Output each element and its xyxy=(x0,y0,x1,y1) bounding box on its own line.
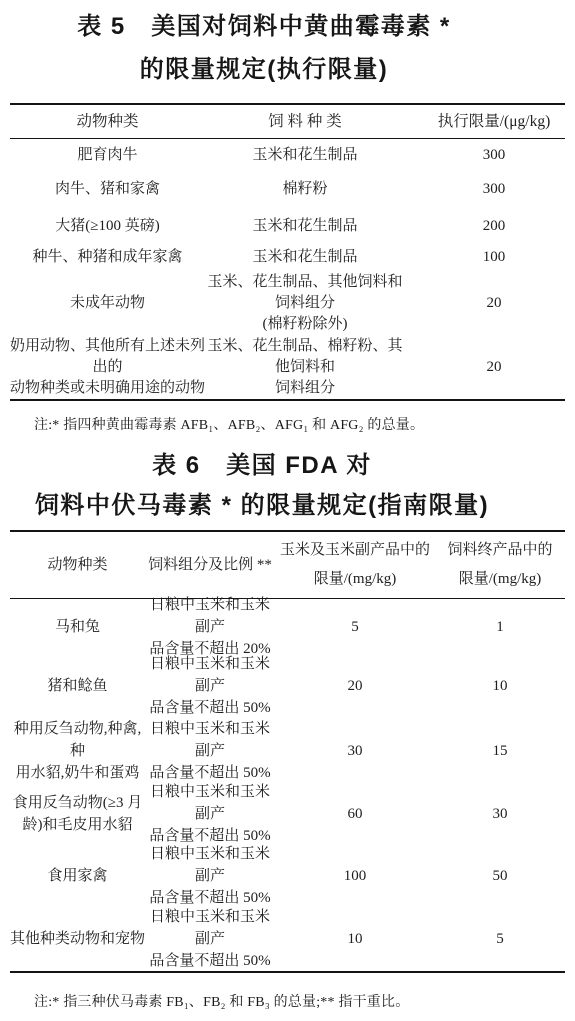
table6-row: 食用家禽 日粮中玉米和玉米副产 品含量不超出 50% 100 50 xyxy=(10,844,565,907)
t5-cell-animal: 种牛、种猪和成年家禽 xyxy=(10,247,205,268)
t6-cell-feed: 日粮中玉米和玉米副产 品含量不超出 50% xyxy=(145,906,275,972)
table5-title-line2: 的限量规定(执行限量) xyxy=(0,48,528,91)
table5-row: 未成年动物 玉米、花生制品、其他饲料和饲料组分 (棉籽粉除外) 20 xyxy=(10,271,565,335)
table6-row: 猪和鲶鱼 日粮中玉米和玉米副产 品含量不超出 50% 20 10 xyxy=(10,654,565,717)
t5-cell-animal: 奶用动物、其他所有上述未列出的 动物种类或未明确用途的动物 xyxy=(10,336,205,399)
t5-cell-limit: 300 xyxy=(405,145,565,166)
t6-cell-corn-limit: 100 xyxy=(275,865,435,887)
t6-header-corn-limit: 玉米及玉米副产品中的 限量/(mg/kg) xyxy=(275,536,435,594)
table5-title: 表 5 美国对饲料中黄曲霉毒素 * 的限量规定(执行限量) xyxy=(0,5,528,91)
t5-cell-feed: 玉米和花生制品 xyxy=(205,216,405,237)
t5-cell-feed: 玉米、花生制品、其他饲料和饲料组分 (棉籽粉除外) xyxy=(205,272,405,335)
t6-cell-corn-limit: 60 xyxy=(275,803,435,825)
t5-header-limit: 执行限量/(μg/kg) xyxy=(405,111,565,132)
t6-cell-corn-limit: 30 xyxy=(275,740,435,762)
t6-cell-corn-limit: 20 xyxy=(275,675,435,697)
t6-cell-feed: 日粮中玉米和玉米副产 品含量不超出 50% xyxy=(145,781,275,847)
t6-cell-feed: 日粮中玉米和玉米副产 品含量不超出 50% xyxy=(145,653,275,719)
t5-cell-feed: 棉籽粉 xyxy=(205,179,405,200)
t6-header-animal: 动物种类 xyxy=(10,551,145,580)
t5-header-feed: 饲 料 种 类 xyxy=(205,111,405,132)
table5-row: 肉牛、猪和家禽 棉籽粉 300 xyxy=(10,171,565,208)
table5-title-line1: 表 5 美国对饲料中黄曲霉毒素 * xyxy=(0,5,528,48)
t6-cell-corn-limit: 5 xyxy=(275,616,435,638)
t6-cell-feed: 日粮中玉米和玉米副产 品含量不超出 20% xyxy=(145,594,275,660)
t5-cell-feed: 玉米和花生制品 xyxy=(205,145,405,166)
t6-cell-final-limit: 15 xyxy=(435,740,565,762)
t5-cell-limit: 20 xyxy=(405,357,565,378)
t6-cell-animal: 其他种类动物和宠物 xyxy=(10,928,145,950)
table5-header-row: 动物种类 饲 料 种 类 执行限量/(μg/kg) xyxy=(10,105,565,139)
table5-row: 肥育肉牛 玉米和花生制品 300 xyxy=(10,139,565,171)
table5-row: 种牛、种猪和成年家禽 玉米和花生制品 100 xyxy=(10,244,565,271)
table5-row: 奶用动物、其他所有上述未列出的 动物种类或未明确用途的动物 玉米、花生制品、棉籽… xyxy=(10,335,565,399)
table5: 动物种类 饲 料 种 类 执行限量/(μg/kg) 肥育肉牛 玉米和花生制品 3… xyxy=(10,103,565,401)
t5-cell-limit: 20 xyxy=(405,293,565,314)
t6-cell-animal: 食用家禽 xyxy=(10,865,145,887)
t6-cell-final-limit: 5 xyxy=(435,928,565,950)
t6-header-final-limit: 饲料终产品中的 限量/(mg/kg) xyxy=(435,536,565,594)
t6-cell-corn-limit: 10 xyxy=(275,928,435,950)
table6-row: 马和兔 日粮中玉米和玉米副产 品含量不超出 20% 5 1 xyxy=(10,599,565,654)
table6-row: 种用反刍动物,种禽,种 用水貂,奶牛和蛋鸡 日粮中玉米和玉米副产 品含量不超出 … xyxy=(10,717,565,784)
t5-cell-feed: 玉米、花生制品、棉籽粉、其他饲料和 饲料组分 xyxy=(205,336,405,399)
table6-title-line1: 表 6 美国 FDA 对 xyxy=(0,446,524,486)
table5-row: 大猪(≥100 英磅) 玉米和花生制品 200 xyxy=(10,208,565,244)
t6-cell-animal: 种用反刍动物,种禽,种 用水貂,奶牛和蛋鸡 xyxy=(10,718,145,784)
t6-header-feed: 饲料组分及比例 ** xyxy=(145,551,275,580)
table6-row: 其他种类动物和宠物 日粮中玉米和玉米副产 品含量不超出 50% 10 5 xyxy=(10,907,565,971)
t5-header-animal: 动物种类 xyxy=(10,111,205,132)
t5-cell-limit: 100 xyxy=(405,247,565,268)
table6-footnote: 注:* 指三种伏马毒素 FB₁、FB₂ 和 FB₃ 的总量;** 指干重比。 xyxy=(34,991,409,1011)
table6-row: 食用反刍动物(≥3 月 龄)和毛皮用水貂 日粮中玉米和玉米副产 品含量不超出 5… xyxy=(10,784,565,844)
t6-cell-animal: 猪和鲶鱼 xyxy=(10,675,145,697)
table6-header-row: 动物种类 饲料组分及比例 ** 玉米及玉米副产品中的 限量/(mg/kg) 饲料… xyxy=(10,532,565,599)
t6-cell-feed: 日粮中玉米和玉米副产 品含量不超出 50% xyxy=(145,718,275,784)
t5-cell-limit: 200 xyxy=(405,216,565,237)
t6-cell-animal: 马和兔 xyxy=(10,616,145,638)
t6-cell-feed: 日粮中玉米和玉米副产 品含量不超出 50% xyxy=(145,843,275,909)
t5-cell-animal: 未成年动物 xyxy=(10,293,205,314)
t5-cell-limit: 300 xyxy=(405,179,565,200)
t6-cell-final-limit: 10 xyxy=(435,675,565,697)
table5-footnote: 注:* 指四种黄曲霉毒素 AFB₁、AFB₂、AFG₁ 和 AFG₂ 的总量。 xyxy=(34,414,424,434)
document-page: 表 5 美国对饲料中黄曲霉毒素 * 的限量规定(执行限量) 动物种类 饲 料 种… xyxy=(0,0,575,1021)
t6-cell-animal: 食用反刍动物(≥3 月 龄)和毛皮用水貂 xyxy=(10,792,145,836)
t5-cell-animal: 肥育肉牛 xyxy=(10,145,205,166)
t6-cell-final-limit: 50 xyxy=(435,865,565,887)
t5-cell-feed: 玉米和花生制品 xyxy=(205,247,405,268)
t5-cell-animal: 肉牛、猪和家禽 xyxy=(10,179,205,200)
table6-title: 表 6 美国 FDA 对 饲料中伏马毒素 * 的限量规定(指南限量) xyxy=(0,446,524,526)
table6-title-line2: 饲料中伏马毒素 * 的限量规定(指南限量) xyxy=(0,486,524,526)
t6-cell-final-limit: 30 xyxy=(435,803,565,825)
table6: 动物种类 饲料组分及比例 ** 玉米及玉米副产品中的 限量/(mg/kg) 饲料… xyxy=(10,530,565,973)
t6-cell-final-limit: 1 xyxy=(435,616,565,638)
t5-cell-animal: 大猪(≥100 英磅) xyxy=(10,216,205,237)
